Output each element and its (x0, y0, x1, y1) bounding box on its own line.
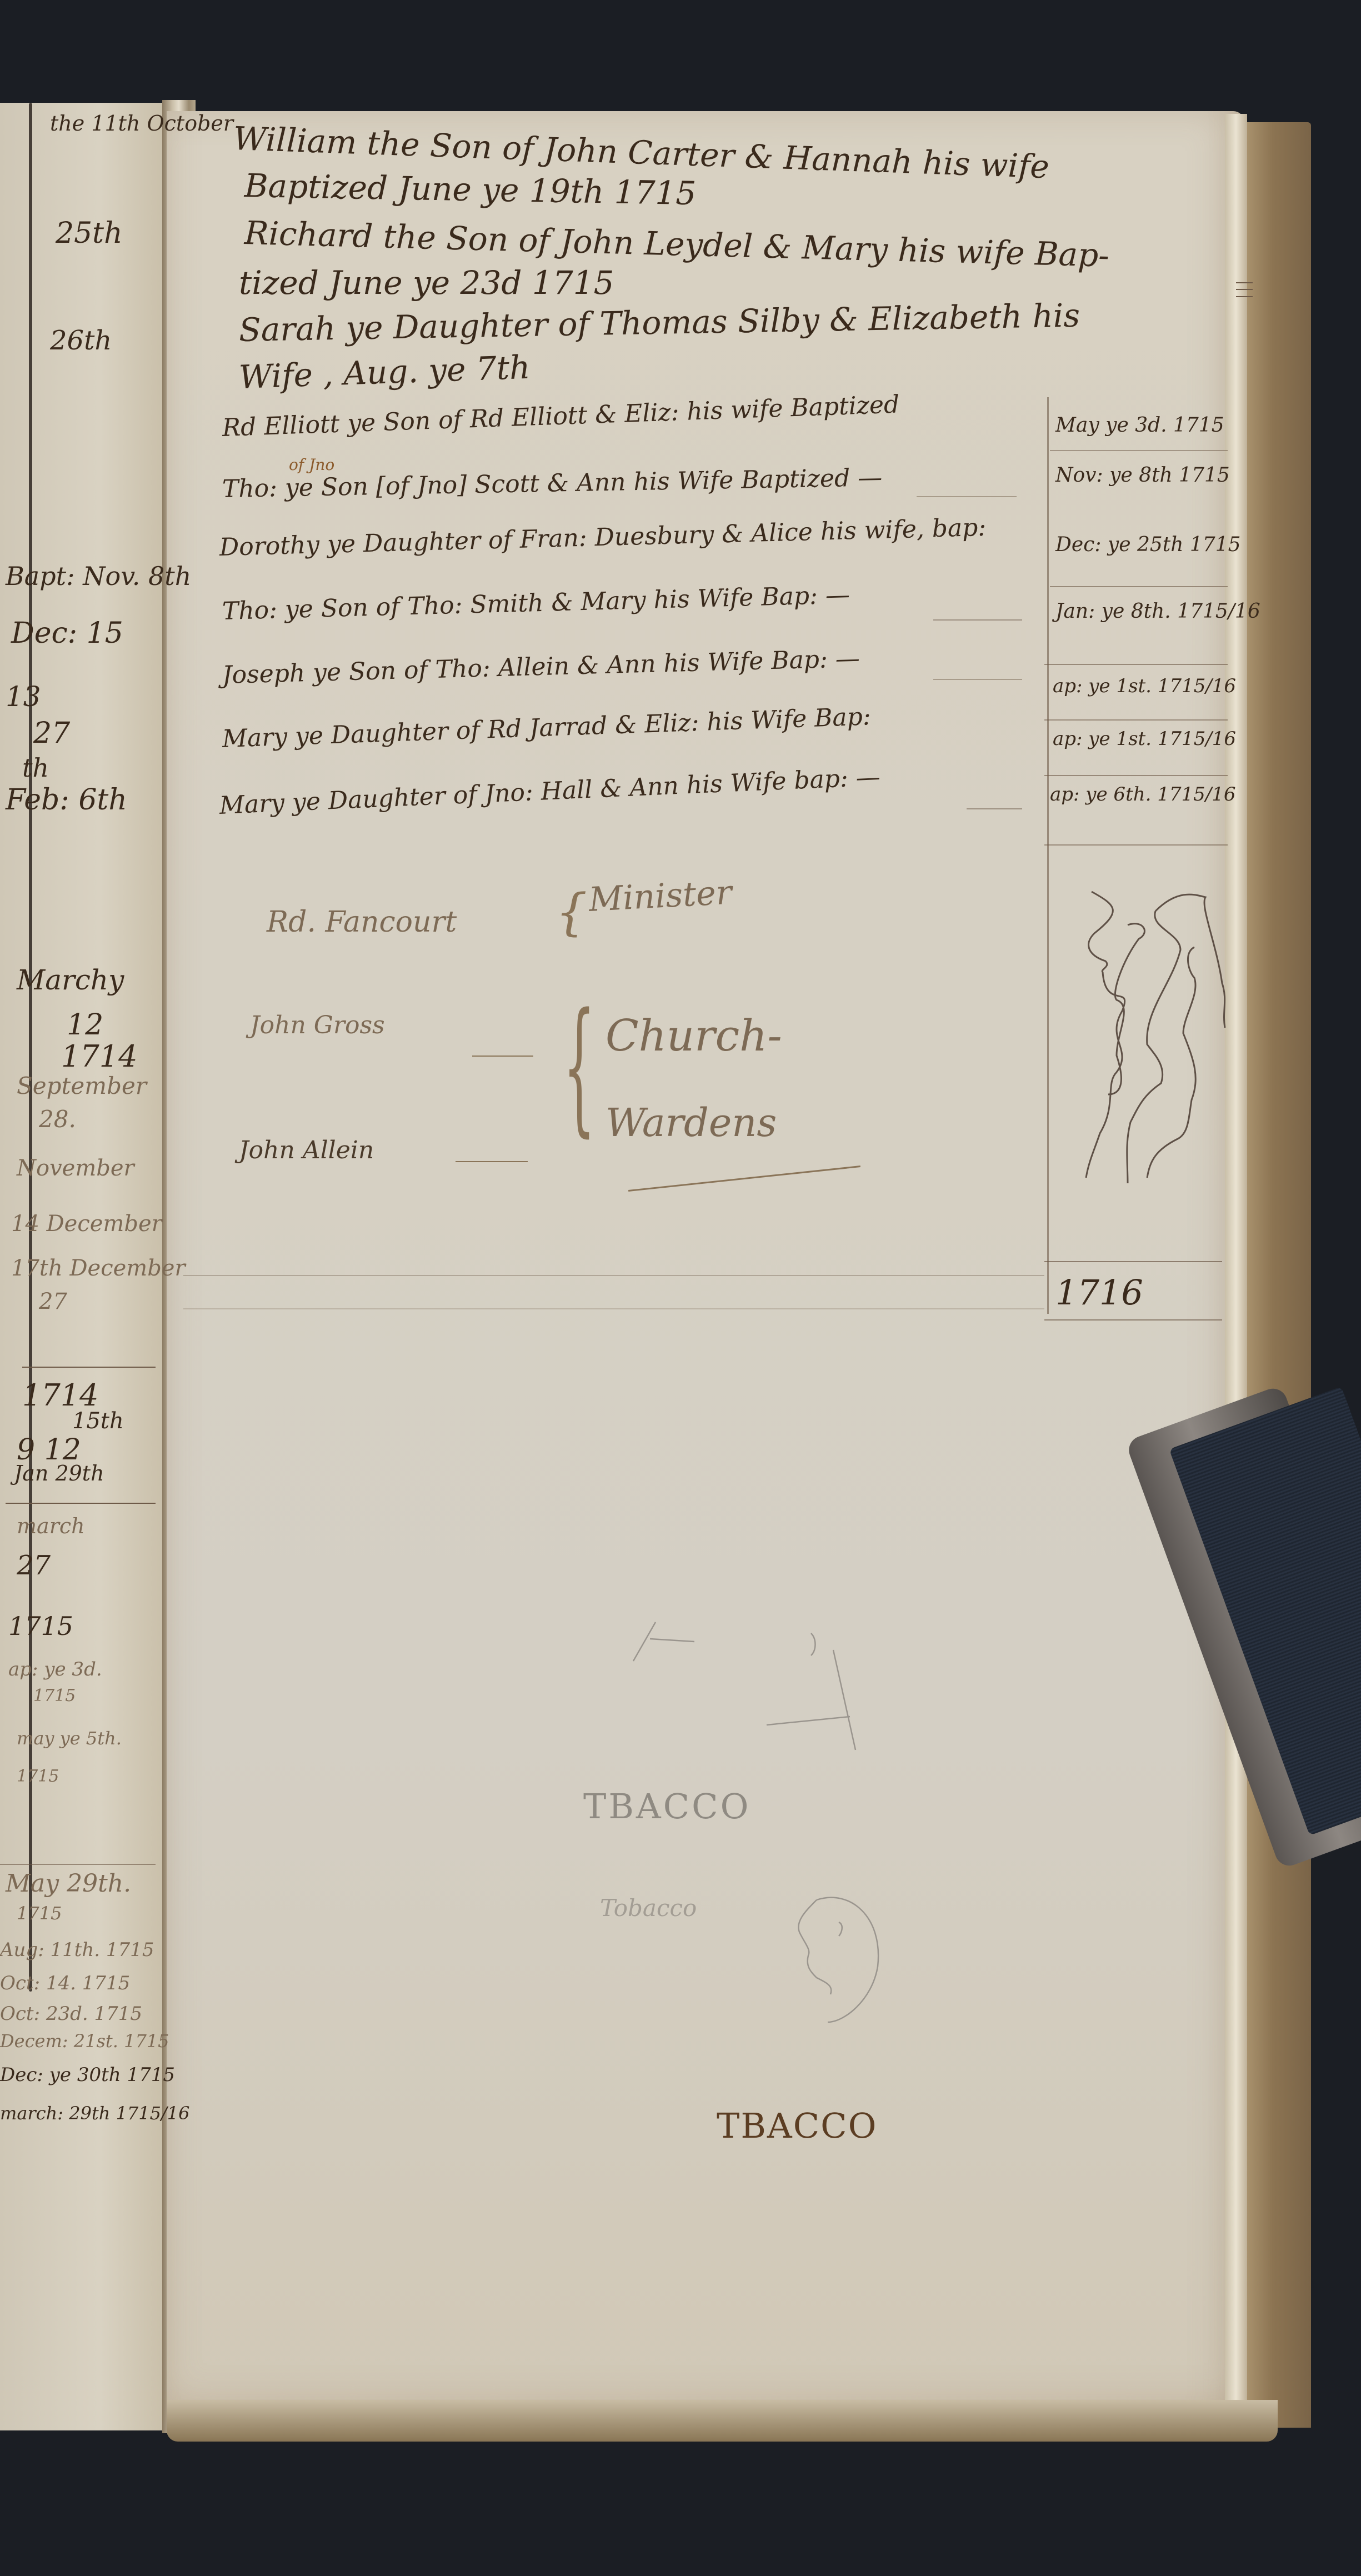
edge-mark (1236, 282, 1253, 283)
page-fold (1225, 114, 1247, 2419)
left-entry: 14 December (11, 1211, 162, 1237)
left-entry: the 11th October (50, 111, 233, 136)
left-entry: 26th (50, 325, 112, 356)
pencil-profile-sketch (778, 1889, 889, 2028)
year-divider (1044, 1261, 1222, 1262)
date-divider (1044, 664, 1228, 665)
left-entry: May 29th. (6, 1869, 131, 1898)
figure-sketch-doodle (1055, 872, 1233, 1261)
ink-word-tbacco: TBACCO (717, 2105, 877, 2146)
date-entry-7: Jan: ye 8th. 1715/16 (1055, 600, 1260, 623)
left-divider (6, 1503, 156, 1504)
pencil-word-tbacco: TBACCO (583, 1786, 750, 1827)
left-entry: 1715 (33, 1686, 76, 1705)
left-entry: 27 (39, 1289, 67, 1314)
date-entry-8: ap: ye 1st. 1715/16 (1053, 675, 1236, 697)
left-entry: ap: ye 3d. (8, 1658, 102, 1680)
date-entry-9: ap: ye 1st. 1715/16 (1053, 728, 1236, 750)
warden-2-signature: John Allein (239, 1136, 374, 1164)
signature-dash (472, 1056, 533, 1057)
date-divider (1050, 586, 1228, 587)
left-entry: September (17, 1072, 147, 1099)
left-entry: 25th (56, 217, 123, 250)
page-rule (183, 1275, 1044, 1276)
warden-role-1: Church- (606, 1011, 782, 1061)
date-column-rule (1047, 397, 1049, 1314)
left-entry: th (22, 753, 49, 783)
minister-role: Minister (588, 873, 733, 919)
binding-cover-edge (1247, 122, 1311, 2428)
left-entry: Aug: 11th. 1715 (0, 1939, 154, 1961)
left-entry: November (17, 1156, 134, 1181)
entry-5-insert: of Jno (289, 456, 334, 474)
edge-mark (1236, 296, 1253, 297)
page-bottom-edge (167, 2400, 1278, 2442)
left-entry: Decem: 21st. 1715 (0, 2030, 169, 2052)
left-entry: 13 (6, 681, 41, 713)
entry-dash (933, 619, 1022, 621)
entry-2-line-2: tized June ye 23d 1715 (239, 264, 614, 302)
left-entry: 17th December (11, 1256, 186, 1281)
left-entry: Feb: 6th (6, 783, 127, 817)
left-entry: 1714 (61, 1039, 137, 1074)
left-entry: Oct: 23d. 1715 (0, 2003, 142, 2025)
edge-mark (1236, 289, 1253, 290)
wardens-brace: { (563, 994, 596, 1139)
entry-dash (967, 808, 1022, 809)
left-entry: 1715 (17, 1903, 62, 1924)
left-entry: Dec: 15 (11, 617, 123, 650)
date-divider (1044, 719, 1228, 721)
left-entry: 1714 (22, 1378, 98, 1413)
warden-1-signature: John Gross (250, 1011, 385, 1039)
left-entry: 27 (17, 1550, 51, 1581)
date-entry-4: May ye 3d. 1715 (1055, 414, 1224, 437)
left-entry: march: 29th 1715/16 (0, 2103, 190, 2124)
pencil-word-tobacco: Tobacco (600, 1894, 697, 1922)
date-entry-6: Dec: ye 25th 1715 (1055, 533, 1241, 556)
left-entry: 12 (67, 1008, 103, 1042)
left-entry: 1715 (17, 1767, 59, 1786)
left-entry: 1715 (8, 1611, 73, 1641)
entry-dash (917, 496, 1017, 497)
warden-role-2: Wardens (606, 1100, 777, 1146)
year-divider (1044, 1319, 1222, 1320)
left-entry: march (17, 1514, 85, 1538)
left-entry: Oct: 14. 1715 (0, 1972, 130, 1994)
left-entry: may ye 5th. (17, 1728, 122, 1749)
left-page-margin-rule (29, 103, 32, 1992)
date-divider (1050, 450, 1228, 451)
left-entry: Bapt: Nov. 8th (6, 561, 191, 591)
date-divider (1044, 775, 1228, 776)
left-entry: Dec: ye 30th 1715 (0, 2064, 175, 2086)
date-entry-5: Nov: ye 8th 1715 (1055, 464, 1230, 487)
entry-1-line-2: Baptized June ye 19th 1715 (244, 167, 696, 212)
minister-brace: { (556, 883, 587, 942)
minister-signature: Rd. Fancourt (267, 906, 457, 939)
left-entry: 27 (33, 717, 70, 750)
left-entry: 28. (39, 1106, 76, 1133)
entry-dash (933, 679, 1022, 680)
year-footer: 1716 (1055, 1272, 1143, 1313)
pencil-scribbles (583, 1600, 972, 1778)
date-divider (1044, 844, 1228, 846)
left-divider (0, 1864, 156, 1865)
left-entry: Marchy (17, 964, 124, 996)
signature-dash (456, 1161, 528, 1162)
left-entry: 15th (72, 1408, 124, 1434)
date-entry-10: ap: ye 6th. 1715/16 (1050, 783, 1236, 806)
page-rule (183, 1308, 1044, 1309)
left-entry: Jan 29th (14, 1461, 104, 1485)
left-divider (22, 1367, 156, 1368)
